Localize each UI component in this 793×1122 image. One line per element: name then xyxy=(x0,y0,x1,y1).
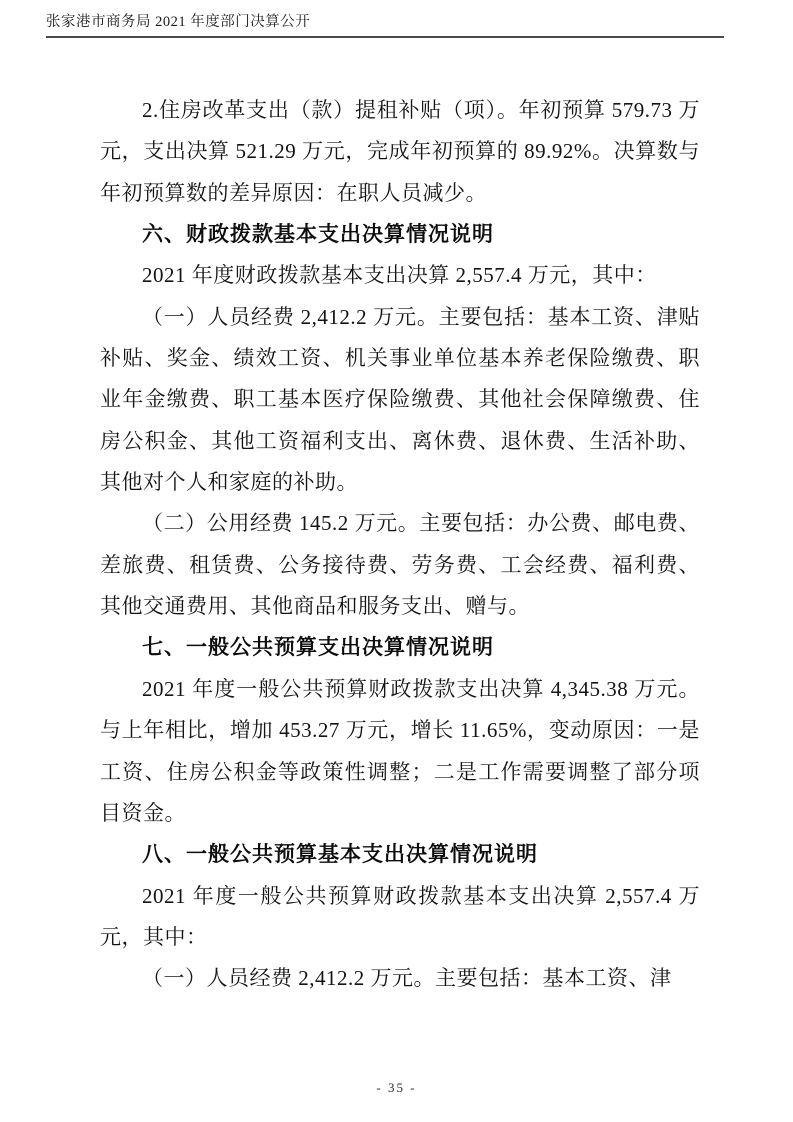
document-body: 2.住房改革支出（款）提租补贴（项）。年初预算 579.73 万元，支出决算 5… xyxy=(100,90,700,1000)
page-header: 张家港市商务局 2021 年度部门决算公开 xyxy=(46,10,724,38)
page-footer: - 35 - xyxy=(0,1080,793,1096)
heading-section-8-general-public-budget-basic-expenditure: 八、一般公共预算基本支出决算情况说明 xyxy=(100,834,700,875)
header-title: 张家港市商务局 2021 年度部门决算公开 xyxy=(46,14,310,30)
paragraph-housing-reform-expenditure: 2.住房改革支出（款）提租补贴（项）。年初预算 579.73 万元，支出决算 5… xyxy=(100,90,700,214)
heading-section-7-general-public-budget-expenditure: 七、一般公共预算支出决算情况说明 xyxy=(100,627,700,668)
paragraph-personnel-expenses-continued: （一）人员经费 2,412.2 万元。主要包括：基本工资、津 xyxy=(100,958,700,999)
paragraph-public-expenses: （二）公用经费 145.2 万元。主要包括：办公费、邮电费、差旅费、租赁费、公务… xyxy=(100,503,700,627)
heading-section-6-fiscal-basic-expenditure: 六、财政拨款基本支出决算情况说明 xyxy=(100,214,700,255)
paragraph-fiscal-basic-expenditure-total: 2021 年度财政拨款基本支出决算 2,557.4 万元，其中： xyxy=(100,255,700,296)
paragraph-general-public-budget-expenditure: 2021 年度一般公共预算财政拨款支出决算 4,345.38 万元。与上年相比，… xyxy=(100,669,700,834)
document-page: 张家港市商务局 2021 年度部门决算公开 2.住房改革支出（款）提租补贴（项）… xyxy=(0,0,793,1122)
paragraph-personnel-expenses: （一）人员经费 2,412.2 万元。主要包括：基本工资、津贴补贴、奖金、绩效工… xyxy=(100,297,700,504)
paragraph-general-public-budget-basic-expenditure-total: 2021 年度一般公共预算财政拨款基本支出决算 2,557.4 万元，其中： xyxy=(100,876,700,959)
page-number: - 35 - xyxy=(376,1080,416,1095)
